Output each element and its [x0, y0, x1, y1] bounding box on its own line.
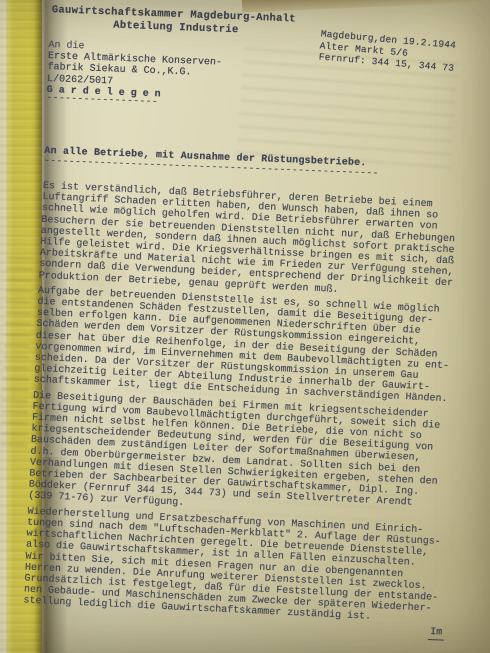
catchword: Im — [428, 627, 445, 641]
letter-body: Es ist verständlich, daß Betriebsführer,… — [23, 181, 479, 628]
body-paragraph-2: Aufgabe der betreuenden Dienststelle ist… — [34, 286, 474, 407]
body-paragraph-4: Wiederherstellung und Ersatzbeschaffung … — [23, 506, 463, 627]
body-paragraph-3: Die Beseitigung der Bauschäden bei Firme… — [28, 391, 469, 523]
archival-letter-photo: Gauwirtschaftskammer Magdeburg-Anhalt Ab… — [0, 0, 490, 653]
letter-content: Gauwirtschaftskammer Magdeburg-Anhalt Ab… — [26, 4, 485, 639]
body-paragraph-1: Es ist verständlich, daß Betriebsführer,… — [38, 181, 478, 302]
